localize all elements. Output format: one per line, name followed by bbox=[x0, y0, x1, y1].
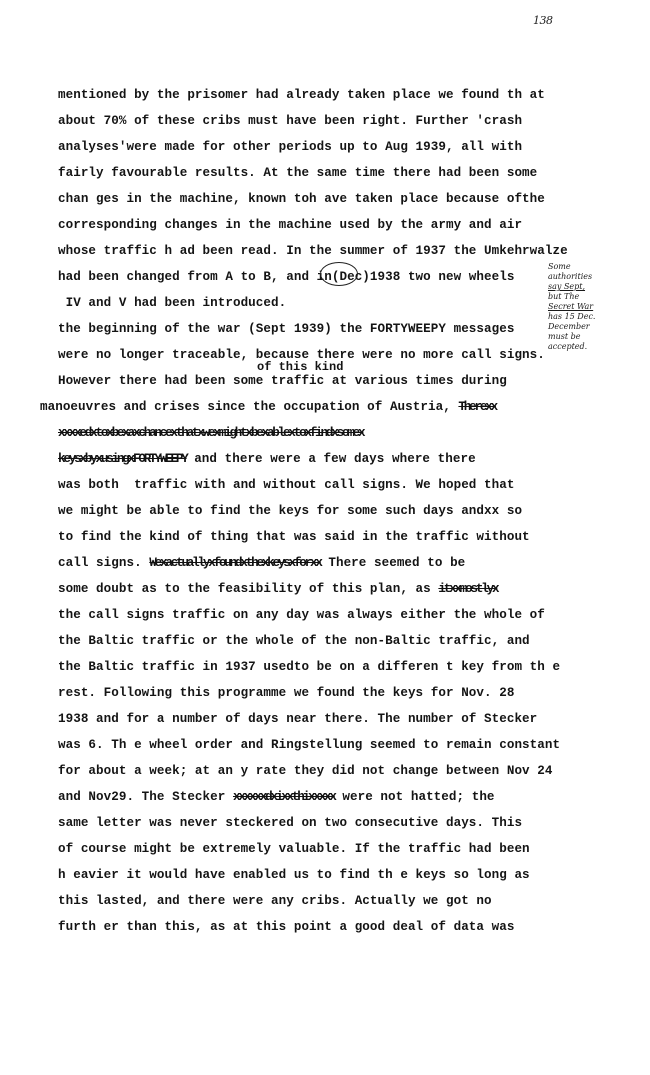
typed-line: h eavier it would have enabled us to fin… bbox=[58, 868, 530, 882]
typed-line: same letter was never steckered on two c… bbox=[58, 816, 522, 830]
typed-line: for about a week; at an y rate they did … bbox=[58, 764, 553, 778]
struck-out-text: Therexx bbox=[458, 400, 496, 414]
struck-out-text: keysxbyxusingxFORTYWEEPY bbox=[58, 452, 187, 466]
line-text: There seemed to be bbox=[321, 556, 466, 570]
line-text: we might be able to find the keys for so… bbox=[58, 504, 522, 518]
line-text: were not hatted; the bbox=[335, 790, 495, 804]
typed-line: corresponding changes in the machine use… bbox=[58, 218, 522, 232]
margin-note-line: December bbox=[548, 322, 628, 332]
line-text: the call signs traffic on any day was al… bbox=[58, 608, 545, 622]
typed-line: analyses'were made for other periods up … bbox=[58, 140, 522, 154]
typed-line: mentioned by the prisomer had already ta… bbox=[58, 88, 545, 102]
typed-line: whose traffic h ad been read. In the sum… bbox=[58, 244, 568, 258]
line-text: corresponding changes in the machine use… bbox=[58, 218, 522, 232]
typed-line: about 70% of these cribs must have been … bbox=[58, 114, 522, 128]
line-text: 1938 and for a number of days near there… bbox=[58, 712, 537, 726]
typed-line: the call signs traffic on any day was al… bbox=[58, 608, 545, 622]
margin-note-line: but The bbox=[548, 292, 628, 302]
margin-note-line: Some bbox=[548, 262, 628, 272]
line-text: some doubt as to the feasibility of this… bbox=[58, 582, 438, 596]
struck-out-text: itxxmostlyx bbox=[438, 582, 497, 596]
line-text: same letter was never steckered on two c… bbox=[58, 816, 522, 830]
line-text: chan ges in the machine, known toh ave t… bbox=[58, 192, 545, 206]
line-text: furth er than this, as at this point a g… bbox=[58, 920, 514, 934]
typed-line: some doubt as to the feasibility of this… bbox=[58, 582, 497, 596]
line-text: call signs. bbox=[58, 556, 149, 570]
line-text: the Baltic traffic in 1937 usedto be on … bbox=[58, 660, 560, 674]
line-text: this lasted, and there were any cribs. A… bbox=[58, 894, 492, 908]
line-text: the beginning of the war (Sept 1939) the… bbox=[58, 322, 514, 336]
typed-line: manoeuvres and crises since the occupati… bbox=[40, 400, 496, 414]
line-text: the Baltic traffic or the whole of the n… bbox=[58, 634, 530, 648]
typed-line: was 6. Th e wheel order and Ringstellung… bbox=[58, 738, 560, 752]
typed-line: 1938 and for a number of days near there… bbox=[58, 712, 537, 726]
interlinear-insert: of this kind bbox=[257, 360, 343, 374]
line-text: about 70% of these cribs must have been … bbox=[58, 114, 522, 128]
line-text: of course might be extremely valuable. I… bbox=[58, 842, 530, 856]
typed-line: this lasted, and there were any cribs. A… bbox=[58, 894, 492, 908]
line-text: analyses'were made for other periods up … bbox=[58, 140, 522, 154]
line-text: to find the kind of thing that was said … bbox=[58, 530, 530, 544]
typed-line: xxxxedxtoxbexaxchancexthatxwexmightxbexa… bbox=[58, 426, 363, 440]
line-text: mentioned by the prisomer had already ta… bbox=[58, 88, 545, 102]
line-text: IV and V had been introduced. bbox=[58, 296, 294, 310]
handwritten-circle-annotation bbox=[320, 262, 358, 286]
line-text: and there were a few days where there bbox=[187, 452, 476, 466]
line-text: manoeuvres and crises since the occupati… bbox=[40, 400, 458, 414]
struck-out-text: Wexactuallyxfoundxthexkeysxforxx bbox=[149, 556, 320, 570]
margin-note-line: accepted. bbox=[548, 342, 628, 352]
typed-line: chan ges in the machine, known toh ave t… bbox=[58, 192, 545, 206]
line-text: for about a week; at an y rate they did … bbox=[58, 764, 553, 778]
line-text: and Nov29. The Stecker bbox=[58, 790, 233, 804]
struck-out-text: xxxxxxdxixxthixxxxx bbox=[233, 790, 335, 804]
line-text: whose traffic h ad been read. In the sum… bbox=[58, 244, 568, 258]
typed-line: rest. Following this programme we found … bbox=[58, 686, 514, 700]
line-text: rest. Following this programme we found … bbox=[58, 686, 514, 700]
typed-line: had been changed from A to B, and in(Dec… bbox=[58, 270, 514, 284]
typed-line: of course might be extremely valuable. I… bbox=[58, 842, 530, 856]
line-text: h eavier it would have enabled us to fin… bbox=[58, 868, 530, 882]
typed-line: and Nov29. The Stecker xxxxxxdxixxthixxx… bbox=[58, 790, 495, 804]
margin-note-line: authorities bbox=[548, 272, 628, 282]
typed-line: we might be able to find the keys for so… bbox=[58, 504, 522, 518]
typed-line: furth er than this, as at this point a g… bbox=[58, 920, 514, 934]
typed-line: the Baltic traffic or the whole of the n… bbox=[58, 634, 530, 648]
struck-out-text: xxxxedxtoxbexaxchancexthatxwexmightxbexa… bbox=[58, 426, 363, 440]
line-text: fairly favourable results. At the same t… bbox=[58, 166, 537, 180]
line-text: was both traffic with and without call s… bbox=[58, 478, 514, 492]
document-page: 138 mentioned by the prisomer had alread… bbox=[0, 0, 650, 1075]
typed-line: keysxbyxusingxFORTYWEEPY and there were … bbox=[58, 452, 476, 466]
line-text: was 6. Th e wheel order and Ringstellung… bbox=[58, 738, 560, 752]
margin-note-line: say Sept, bbox=[548, 282, 628, 292]
typed-line: the beginning of the war (Sept 1939) the… bbox=[58, 322, 514, 336]
margin-note-line: has 15 Dec. bbox=[548, 312, 628, 322]
line-text: had been changed from A to B, and in(Dec… bbox=[58, 270, 514, 284]
typed-line: fairly favourable results. At the same t… bbox=[58, 166, 537, 180]
typed-line: the Baltic traffic in 1937 usedto be on … bbox=[58, 660, 560, 674]
typed-line: However there had been some traffic at v… bbox=[58, 374, 507, 388]
typed-line: was both traffic with and without call s… bbox=[58, 478, 514, 492]
handwritten-margin-note: Someauthoritiessay Sept,but TheSecret Wa… bbox=[548, 262, 628, 352]
margin-note-line: Secret War bbox=[548, 302, 628, 312]
typed-line: call signs. Wexactuallyxfoundxthexkeysxf… bbox=[58, 556, 465, 570]
line-text: However there had been some traffic at v… bbox=[58, 374, 507, 388]
typed-line: IV and V had been introduced. bbox=[58, 296, 294, 310]
margin-note-line: must be bbox=[548, 332, 628, 342]
typed-line: to find the kind of thing that was said … bbox=[58, 530, 530, 544]
page-number: 138 bbox=[533, 14, 553, 27]
